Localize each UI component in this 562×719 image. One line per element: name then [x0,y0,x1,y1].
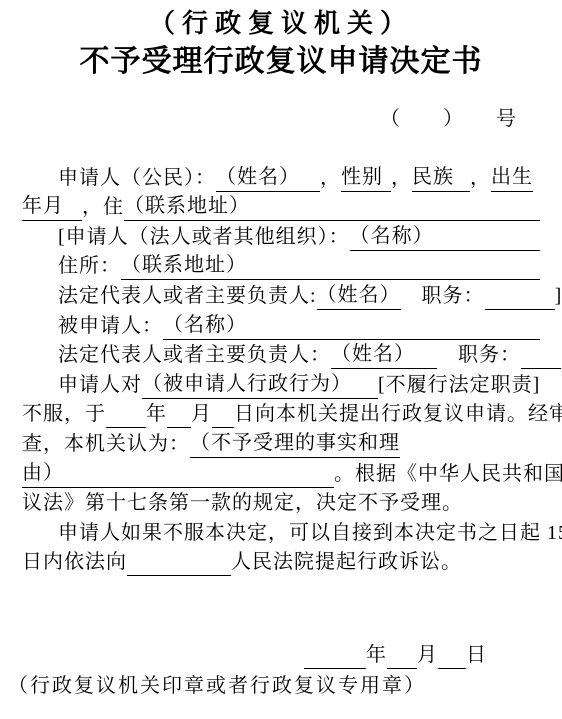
doc-line: 查，本机关认为：（不予受理的事实和理 [22,428,540,458]
blank-underline-field [106,426,146,428]
text-segment: 日内依法向 [22,550,127,576]
text-segment: 日 [466,643,487,669]
text-segment: 申请人对 [58,373,142,399]
doc-line: 由）。根据《中华人民共和国行政复 [22,458,540,488]
text-segment: 不服，于 [22,402,106,428]
underlined-field-text: （联系地址） [121,253,540,280]
blank-underline-field [387,667,417,669]
text-segment: 议法》第十七条第一款的规定，决定不予受理。 [22,491,463,517]
underlined-field-text: （不予受理的事实和理 [190,431,400,458]
text-segment: 申请人如果不服本决定，可以自接到本决定书之日起 15 [58,521,562,547]
underlined-field-text: （姓名） [216,165,320,192]
text-segment: 。根据《中华人民共和国行政复 [334,462,562,488]
text-segment: ，住 [82,195,124,221]
underlined-field-text: 民族 [412,165,470,192]
agency-name-heading: （行政复议机关） [0,8,562,38]
underlined-field-text: 性别 [341,165,391,192]
blank-underline-field [127,574,231,576]
underlined-field-text: （被申请人行政行为） [142,372,378,399]
text-segment: 查，本机关认为： [22,432,190,458]
text-segment: 职务： [401,284,485,310]
underlined-field-text: 由） [22,461,64,488]
text-segment: 被申请人： [58,314,163,340]
text-segment: 人民法院提起行政诉讼。 [231,550,462,576]
text-segment: 申请人（公民）： [58,166,216,192]
text-segment: 月 [417,643,438,669]
text-segment: 住所： [58,254,121,280]
text-segment: 年 [366,643,387,669]
doc-line: 被申请人：（名称） [22,310,540,340]
doc-line: 申请人如果不服本决定，可以自接到本决定书之日起 15 [22,517,540,547]
underlined-field-text: （姓名） [331,342,437,369]
text-segment: 年 [146,402,167,428]
blank-underline-field [485,308,555,310]
doc-line: 申请人对（被申请人行政行为）[不履行法定职责] [22,369,540,399]
underlined-field-text: 出生 [491,165,533,192]
document-body: 申请人（公民）：（姓名），性别，民族，出生年月，住（联系地址）[申请人（法人或者… [0,162,562,576]
blank-underline-field [521,367,561,369]
text-segment: ， [391,166,412,192]
document-page: （行政复议机关） 不予受理行政复议申请决定书 （ ） 号 申请人（公民）：（姓名… [0,0,562,719]
text-segment: ] [555,284,562,310]
underlined-field-text: （名称） [163,313,540,340]
blank-underline-field [64,486,334,488]
doc-line: 年月，住（联系地址） [22,192,540,222]
text-segment: [申请人（法人或者其他组织）： [58,225,350,251]
underlined-field-text: （名称） [350,224,540,251]
document-number-line: （ ） 号 [0,107,562,131]
doc-line: 申请人（公民）：（姓名），性别，民族，出生 [22,162,540,192]
blank-underline-field [167,426,191,428]
underlined-field-text: （联系地址） [124,194,540,221]
blank-underline-field [212,426,234,428]
doc-line: 不服，于年月日向本机关提出行政复议申请。经审 [22,399,540,429]
underlined-field-text: （姓名） [317,283,401,310]
text-segment: ， [470,166,491,192]
seal-note: （行政复议机关印章或者行政复议专用章） [0,673,562,699]
doc-line: 日内依法向人民法院提起行政诉讼。 [22,547,540,577]
blank-underline-field [438,667,466,669]
document-title: 不予受理行政复议申请决定书 [0,45,562,79]
doc-line: [申请人（法人或者其他组织）：（名称） [22,221,540,251]
text-segment: 日向本机关提出行政复议申请。经审 [234,402,562,428]
doc-line: 法定代表人或者主要负责人：（姓名） 职务： [22,340,540,370]
date-line: 年月日 [0,639,562,669]
doc-line: 住所：（联系地址） [22,251,540,281]
doc-line: 议法》第十七条第一款的规定，决定不予受理。 [22,488,540,518]
text-segment: 法定代表人或者主要负责人： [58,343,331,369]
blank-underline-field [304,667,366,669]
text-segment: [不履行法定职责] [378,373,540,399]
doc-line: 法定代表人或者主要负责人:（姓名） 职务：] [22,280,540,310]
text-segment: 法定代表人或者主要负责人: [58,284,317,310]
text-segment: 职务： [437,343,521,369]
text-segment: ， [320,166,341,192]
underlined-field-text: 年月 [22,194,82,221]
text-segment: 月 [191,402,212,428]
